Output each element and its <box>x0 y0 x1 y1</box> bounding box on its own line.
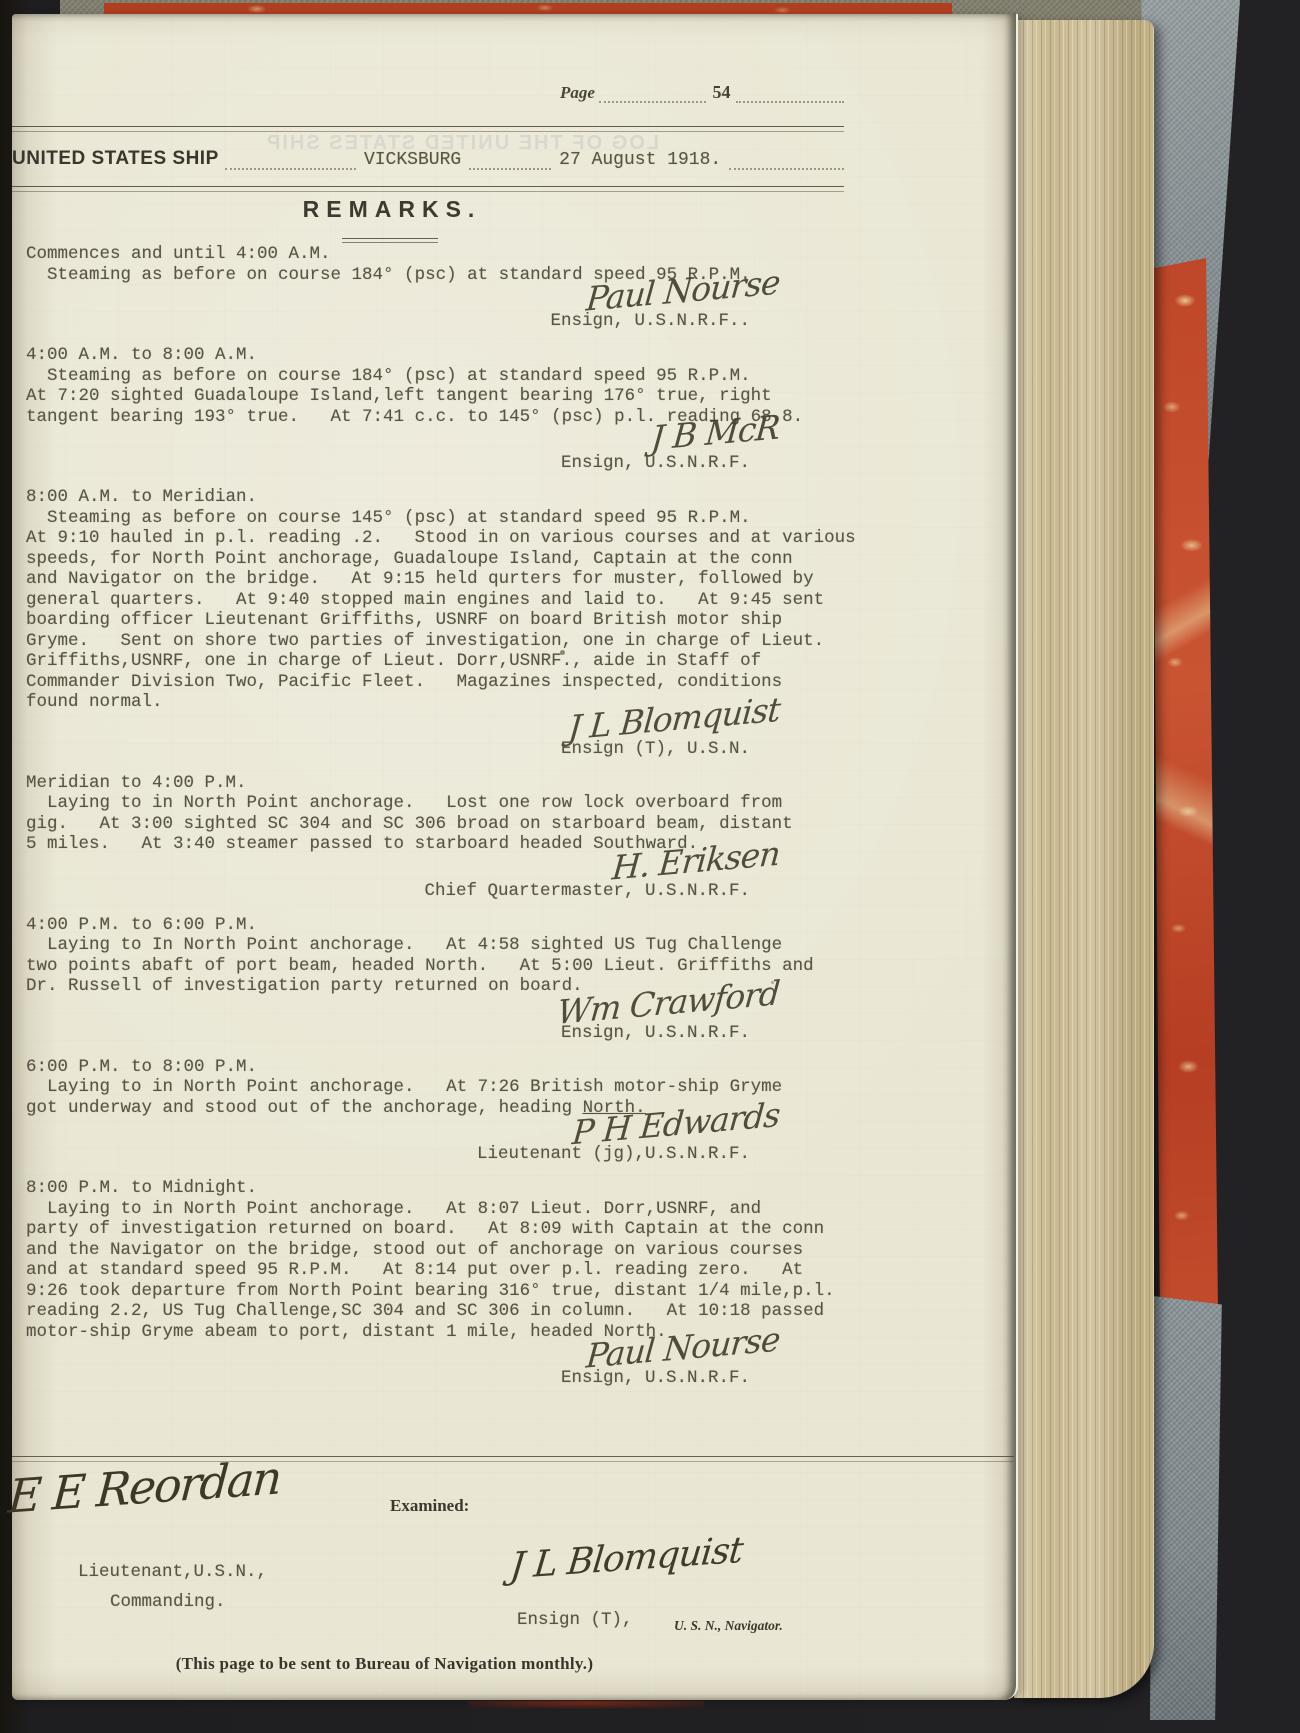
entry-line: Steaming as before on course 145° (psc) … <box>26 508 846 529</box>
marbled-cover-bottom-glimpse <box>468 1701 704 1709</box>
signature-rank: Chief Quartermaster, U.S.N.R.F. <box>424 881 750 902</box>
signature-rank: Ensign, U.S.N.R.F. <box>561 1368 750 1389</box>
bureau-note: (This page to be sent to Bureau of Navig… <box>12 1654 757 1674</box>
log-entry: 4:00 A.M. to 8:00 A.M. Steaming as befor… <box>26 345 846 479</box>
horizontal-rule <box>12 186 844 192</box>
entry-line: general quarters. At 9:40 stopped main e… <box>26 590 846 611</box>
entry-line: Griffiths,USNRF, one in charge of Lieut.… <box>26 651 846 672</box>
logbook-scan: LOG OF THE UNITED STATES SHIP Page 54 UN… <box>0 0 1300 1733</box>
page-number: Page 54 <box>560 82 844 103</box>
navigator-signature: J L Blomquist <box>508 1530 744 1588</box>
ship-header-row: UNITED STATES SHIP VICKSBURG 27 August 1… <box>12 148 844 170</box>
signature-rank: Ensign, U.S.N.R.F. <box>561 1023 750 1044</box>
entry-line: Gryme. Sent on shore two parties of inve… <box>26 631 846 652</box>
navigator-rank: Ensign (T), <box>517 1610 633 1631</box>
entry-line: gig. At 3:00 sighted SC 304 and SC 306 b… <box>26 814 846 835</box>
dotted-leader <box>599 86 707 103</box>
log-entry: 8:00 A.M. to Meridian. Steaming as befor… <box>26 487 846 765</box>
signature-rank: Ensign (T), U.S.N. <box>561 739 750 760</box>
entry-line: reading 2.2, US Tug Challenge,SC 304 and… <box>26 1301 846 1322</box>
entry-time-heading: Meridian to 4:00 P.M. <box>26 773 846 794</box>
commanding-officer-rank: Lieutenant,U.S.N., <box>78 1562 267 1583</box>
entry-line: Commander Division Two, Pacific Fleet. M… <box>26 672 846 693</box>
entry-line: Laying to In North Point anchorage. At 4… <box>26 935 846 956</box>
entry-line: Laying to in North Point anchorage. Lost… <box>26 793 846 814</box>
signature-block: P H Edwards Lieutenant (jg),U.S.N.R.F. <box>26 1120 846 1170</box>
signature-rank: Ensign, U.S.N.R.F.. <box>550 311 750 332</box>
book-cover-cloth-bottom <box>1150 1296 1224 1720</box>
entry-time-heading: 8:00 P.M. to Midnight. <box>26 1178 846 1199</box>
page-number-value: 54 <box>706 82 736 103</box>
examined-label: Examined: <box>390 1496 469 1516</box>
log-entry: Meridian to 4:00 P.M. Laying to in North… <box>26 773 846 907</box>
entry-line: speeds, for North Point anchorage, Guada… <box>26 549 846 570</box>
entry-time-heading: 4:00 A.M. to 8:00 A.M. <box>26 345 846 366</box>
signature-block: Paul Nourse Ensign, U.S.N.R.F.. <box>26 287 846 337</box>
signature-block: Wm Crawford Ensign, U.S.N.R.F. <box>26 999 846 1049</box>
remarks-title: REMARKS. <box>12 196 772 223</box>
signature-rank: Ensign, U.S.N.R.F. <box>561 453 750 474</box>
navigator-title: U. S. N., Navigator. <box>674 1618 783 1634</box>
ship-name: VICKSBURG <box>356 150 469 170</box>
entry-line: and Navigator on the bridge. At 9:15 hel… <box>26 569 846 590</box>
dotted-leader <box>729 153 844 170</box>
entry-line: At 7:20 sighted Guadaloupe Island,left t… <box>26 386 846 407</box>
commanding-officer-title: Commanding. <box>110 1592 226 1613</box>
page-stack-edge <box>1014 20 1154 1698</box>
entry-line: Laying to in North Point anchorage. At 7… <box>26 1077 846 1098</box>
log-page: LOG OF THE UNITED STATES SHIP Page 54 UN… <box>12 14 1018 1700</box>
entry-line: two points abaft of port beam, headed No… <box>26 956 846 977</box>
entry-line: 9:26 took departure from North Point bea… <box>26 1281 846 1302</box>
entry-line: Laying to in North Point anchorage. At 8… <box>26 1199 846 1220</box>
entry-time-heading: Commences and until 4:00 A.M. <box>26 244 846 265</box>
entry-line: Steaming as before on course 184° (psc) … <box>26 366 846 387</box>
entry-time-heading: 6:00 P.M. to 8:00 P.M. <box>26 1057 846 1078</box>
entry-line: boarding officer Lieutenant Griffiths, U… <box>26 610 846 631</box>
remarks-underline <box>342 238 438 243</box>
entry-time-heading: 4:00 P.M. to 6:00 P.M. <box>26 915 846 936</box>
signature-block: Paul Nourse Ensign, U.S.N.R.F. <box>26 1344 846 1394</box>
signature-block: J B McR Ensign, U.S.N.R.F. <box>26 429 846 479</box>
entry-line: and the Navigator on the bridge, stood o… <box>26 1240 846 1261</box>
entry-line: party of investigation returned on board… <box>26 1219 846 1240</box>
signature-block: J L Blomquist Ensign (T), U.S.N. <box>26 715 846 765</box>
dotted-leader <box>469 153 551 170</box>
horizontal-rule <box>12 126 844 132</box>
log-entry: 8:00 P.M. to Midnight. Laying to in Nort… <box>26 1178 846 1394</box>
signature-rank: Lieutenant (jg),U.S.N.R.F. <box>477 1144 750 1165</box>
log-entry: 4:00 P.M. to 6:00 P.M. Laying to In Nort… <box>26 915 846 1049</box>
dotted-leader <box>225 153 356 170</box>
signature-block: H. Eriksen Chief Quartermaster, U.S.N.R.… <box>26 857 846 907</box>
remarks-body: Commences and until 4:00 A.M. Steaming a… <box>26 244 846 1402</box>
dotted-leader <box>736 86 844 103</box>
entry-line: and at standard speed 95 R.P.M. At 8:14 … <box>26 1260 846 1281</box>
log-date: 27 August 1918. <box>551 150 729 170</box>
entry-time-heading: 8:00 A.M. to Meridian. <box>26 487 846 508</box>
log-entry: Commences and until 4:00 A.M. Steaming a… <box>26 244 846 337</box>
log-entry: 6:00 P.M. to 8:00 P.M. Laying to in Nort… <box>26 1057 846 1171</box>
entry-line: At 9:10 hauled in p.l. reading .2. Stood… <box>26 528 846 549</box>
page-number-label: Page <box>560 83 599 103</box>
ship-label: UNITED STATES SHIP <box>12 148 225 170</box>
